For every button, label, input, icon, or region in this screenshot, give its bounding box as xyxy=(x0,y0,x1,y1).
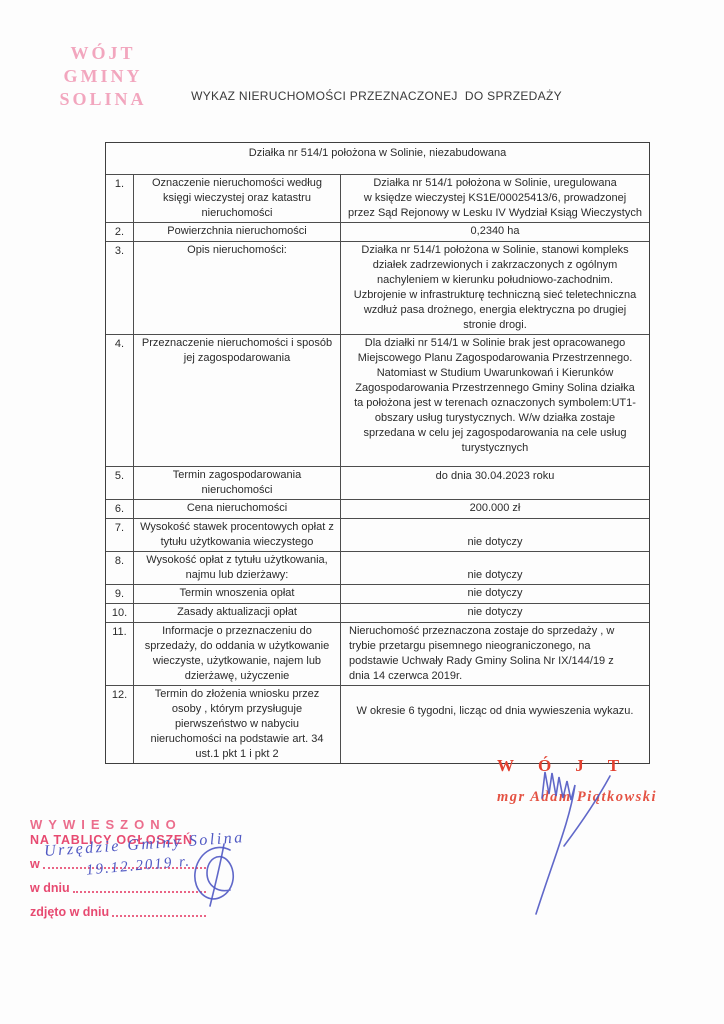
row-value: nie dotyczy xyxy=(341,585,649,603)
row-no: 9. xyxy=(106,585,134,603)
date-field-label: w dniu xyxy=(30,881,70,896)
row-no: 5. xyxy=(106,467,134,499)
row-label: Termin wnoszenia opłat xyxy=(134,585,341,603)
table-row: 12.Termin do złożenia wniosku przez osob… xyxy=(106,685,649,763)
row-no: 8. xyxy=(106,552,134,584)
row-value: do dnia 30.04.2023 roku xyxy=(341,467,649,499)
row-label: Cena nieruchomości xyxy=(134,500,341,518)
row-no: 11. xyxy=(106,623,134,685)
row-value: 0,2340 ha xyxy=(341,223,649,241)
row-label: Informacje o przeznaczeniu do sprzedaży,… xyxy=(134,623,341,685)
posting-stamp-date-field: w dniu xyxy=(30,881,208,896)
table-row: 1.Oznaczenie nieruchomości według księgi… xyxy=(106,174,649,222)
table-row: 11.Informacje o przeznaczeniu do sprzeda… xyxy=(106,622,649,685)
removed-field-label: zdjęto w dniu xyxy=(30,905,109,920)
row-label: Powierzchnia nieruchomości xyxy=(134,223,341,241)
mayor-handwritten-signature-ink xyxy=(498,758,638,923)
row-value: 200.000 zł xyxy=(341,500,649,518)
table-row: 10.Zasady aktualizacji opłatnie dotyczy xyxy=(106,603,649,622)
row-no: 4. xyxy=(106,335,134,466)
table-row: 6.Cena nieruchomości200.000 zł xyxy=(106,499,649,518)
row-no: 12. xyxy=(106,686,134,763)
row-value: W okresie 6 tygodni, licząc od dnia wywi… xyxy=(341,686,649,763)
row-label: Opis nieruchomości: xyxy=(134,242,341,334)
row-label: Przeznaczenie nieruchomości i sposób jej… xyxy=(134,335,341,466)
table-row: 3.Opis nieruchomości:Działka nr 514/1 po… xyxy=(106,241,649,334)
row-value: nie dotyczy xyxy=(341,552,649,584)
row-value: nie dotyczy xyxy=(341,519,649,551)
row-value: Działka nr 514/1 położona w Solinie, ure… xyxy=(341,175,649,222)
table-row: 7.Wysokość stawek procentowych opłat z t… xyxy=(106,518,649,551)
row-label: Zasady aktualizacji opłat xyxy=(134,604,341,622)
row-no: 7. xyxy=(106,519,134,551)
posting-stamp-line1: WYWIESZONO xyxy=(30,817,208,832)
row-label: Termin zagospodarowania nieruchomości xyxy=(134,467,341,499)
table-row: 9.Termin wnoszenia opłatnie dotyczy xyxy=(106,584,649,603)
row-value: Działka nr 514/1 położona w Solinie, sta… xyxy=(341,242,649,334)
row-label: Oznaczenie nieruchomości według księgi w… xyxy=(134,175,341,222)
row-value: Dla działki nr 514/1 w Solinie brak jest… xyxy=(341,335,649,466)
table-header-cell: Działka nr 514/1 położona w Solinie, nie… xyxy=(106,143,649,174)
document-page: WÓJT GMINY SOLINA WYKAZ NIERUCHOMOŚCI PR… xyxy=(0,0,724,1024)
document-title: WYKAZ NIERUCHOMOŚCI PRZEZNACZONEJ DO SPR… xyxy=(105,89,648,103)
location-field-label: w xyxy=(30,857,40,872)
row-no: 10. xyxy=(106,604,134,622)
row-no: 3. xyxy=(106,242,134,334)
table-row: 2.Powierzchnia nieruchomości0,2340 ha xyxy=(106,222,649,241)
clerk-initials-signature-ink xyxy=(184,840,248,910)
row-label: Wysokość opłat z tytułu użytkowania, naj… xyxy=(134,552,341,584)
office-stamp-line1: WÓJT GMINY xyxy=(28,42,178,88)
row-no: 6. xyxy=(106,500,134,518)
table-row: 8.Wysokość opłat z tytułu użytkowania, n… xyxy=(106,551,649,584)
table-row: 5.Termin zagospodarowania nieruchomościd… xyxy=(106,466,649,499)
posting-stamp-removed-field: zdjęto w dniu xyxy=(30,905,208,920)
row-no: 1. xyxy=(106,175,134,222)
row-value: nie dotyczy xyxy=(341,604,649,622)
row-label: Wysokość stawek procentowych opłat z tyt… xyxy=(134,519,341,551)
row-no: 2. xyxy=(106,223,134,241)
property-table: Działka nr 514/1 położona w Solinie, nie… xyxy=(105,142,650,764)
table-row: 4.Przeznaczenie nieruchomości i sposób j… xyxy=(106,334,649,466)
row-label: Termin do złożenia wniosku przez osoby ,… xyxy=(134,686,341,763)
table-rows: 1.Oznaczenie nieruchomości według księgi… xyxy=(106,174,649,763)
row-value: Nieruchomość przeznaczona zostaje do spr… xyxy=(341,623,649,685)
